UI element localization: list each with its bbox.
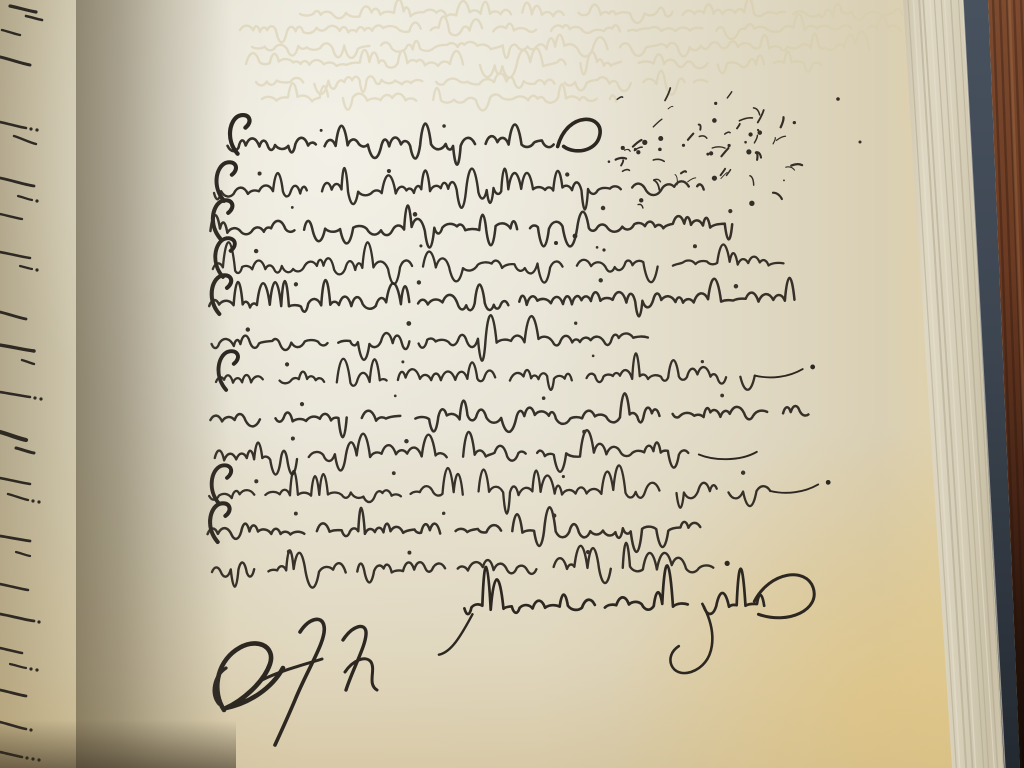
- bottom-left-shadow: [0, 720, 236, 768]
- book-scene: [0, 0, 1024, 768]
- manuscript-photo: [0, 0, 1024, 768]
- page-gutter-shadow: [76, 0, 232, 768]
